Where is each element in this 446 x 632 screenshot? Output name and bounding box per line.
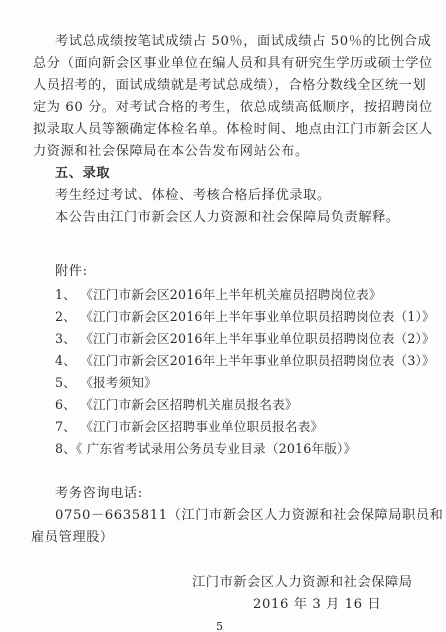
attachment-item-4: 4、 《江门市新会区2016年上半年事业单位职员招聘岗位表（3）》 [55, 352, 435, 370]
attachment-item-6: 6、 《江门市新会区招聘机关雇员报名表》 [55, 396, 298, 414]
attachment-item-3: 3、 《江门市新会区2016年上半年事业单位职员招聘岗位表（2）》 [55, 330, 435, 348]
page-number: 5 [216, 618, 224, 632]
contact-label: 考务咨询电话: [55, 485, 143, 503]
attachment-item-5: 5、 《报考须知》 [55, 374, 157, 392]
signature-organization: 江门市新会区人力资源和社会保障局 [192, 574, 413, 592]
attachment-item-7: 7、 《江门市新会区招聘事业单位职员报名表》 [55, 418, 323, 436]
signature-date: 2016 年 3 月 16 日 [253, 596, 381, 614]
contact-line-2: 雇员管理股） [31, 529, 114, 547]
admission-line-2: 本公告由江门市新会区人力资源和社会保障局负责解释。 [55, 209, 400, 227]
section-heading-admission: 五、录取 [55, 165, 110, 183]
paragraph-score-line-6: 力资源和社会保障局在本公告发布网站公布。 [33, 143, 309, 161]
paragraph-score-line-4: 定为 60 分。对考试合格的考生，依总成绩高低顺序，按招聘岗位 [33, 99, 433, 117]
attachments-label: 附件: [55, 263, 88, 281]
paragraph-score-line-5: 拟录取人员等额确定体检名单。体检时间、地点由江门市新会区人 [33, 121, 433, 139]
attachment-item-2: 2、 《江门市新会区2016年上半年事业单位职员招聘岗位表（1）》 [55, 308, 435, 326]
paragraph-score-line-3: 人员招考的，面试成绩就是考试总成绩），合格分数线全区统一划 [33, 77, 426, 95]
contact-line-1: 0750－6635811（江门市新会区人力资源和社会保障局职员和 [55, 507, 443, 525]
attachment-item-1: 1、 《江门市新会区2016年上半年机关雇员招聘岗位表》 [55, 286, 382, 304]
document-page: 考试总成绩按笔试成绩占 50％，面试成绩占 50％的比例合成 总分（面向新会区事… [0, 0, 446, 632]
paragraph-score-line-2: 总分（面向新会区事业单位在编人员和具有研究生学历或硕士学位 [33, 55, 433, 73]
attachment-item-8: 8、《 广东省考试录用公务员专业目录（2016年版）》 [55, 440, 356, 458]
paragraph-score-line-1: 考试总成绩按笔试成绩占 50％，面试成绩占 50％的比例合成 [55, 33, 431, 51]
admission-line-1: 考生经过考试、体检、考核合格后择优录取。 [55, 187, 331, 205]
